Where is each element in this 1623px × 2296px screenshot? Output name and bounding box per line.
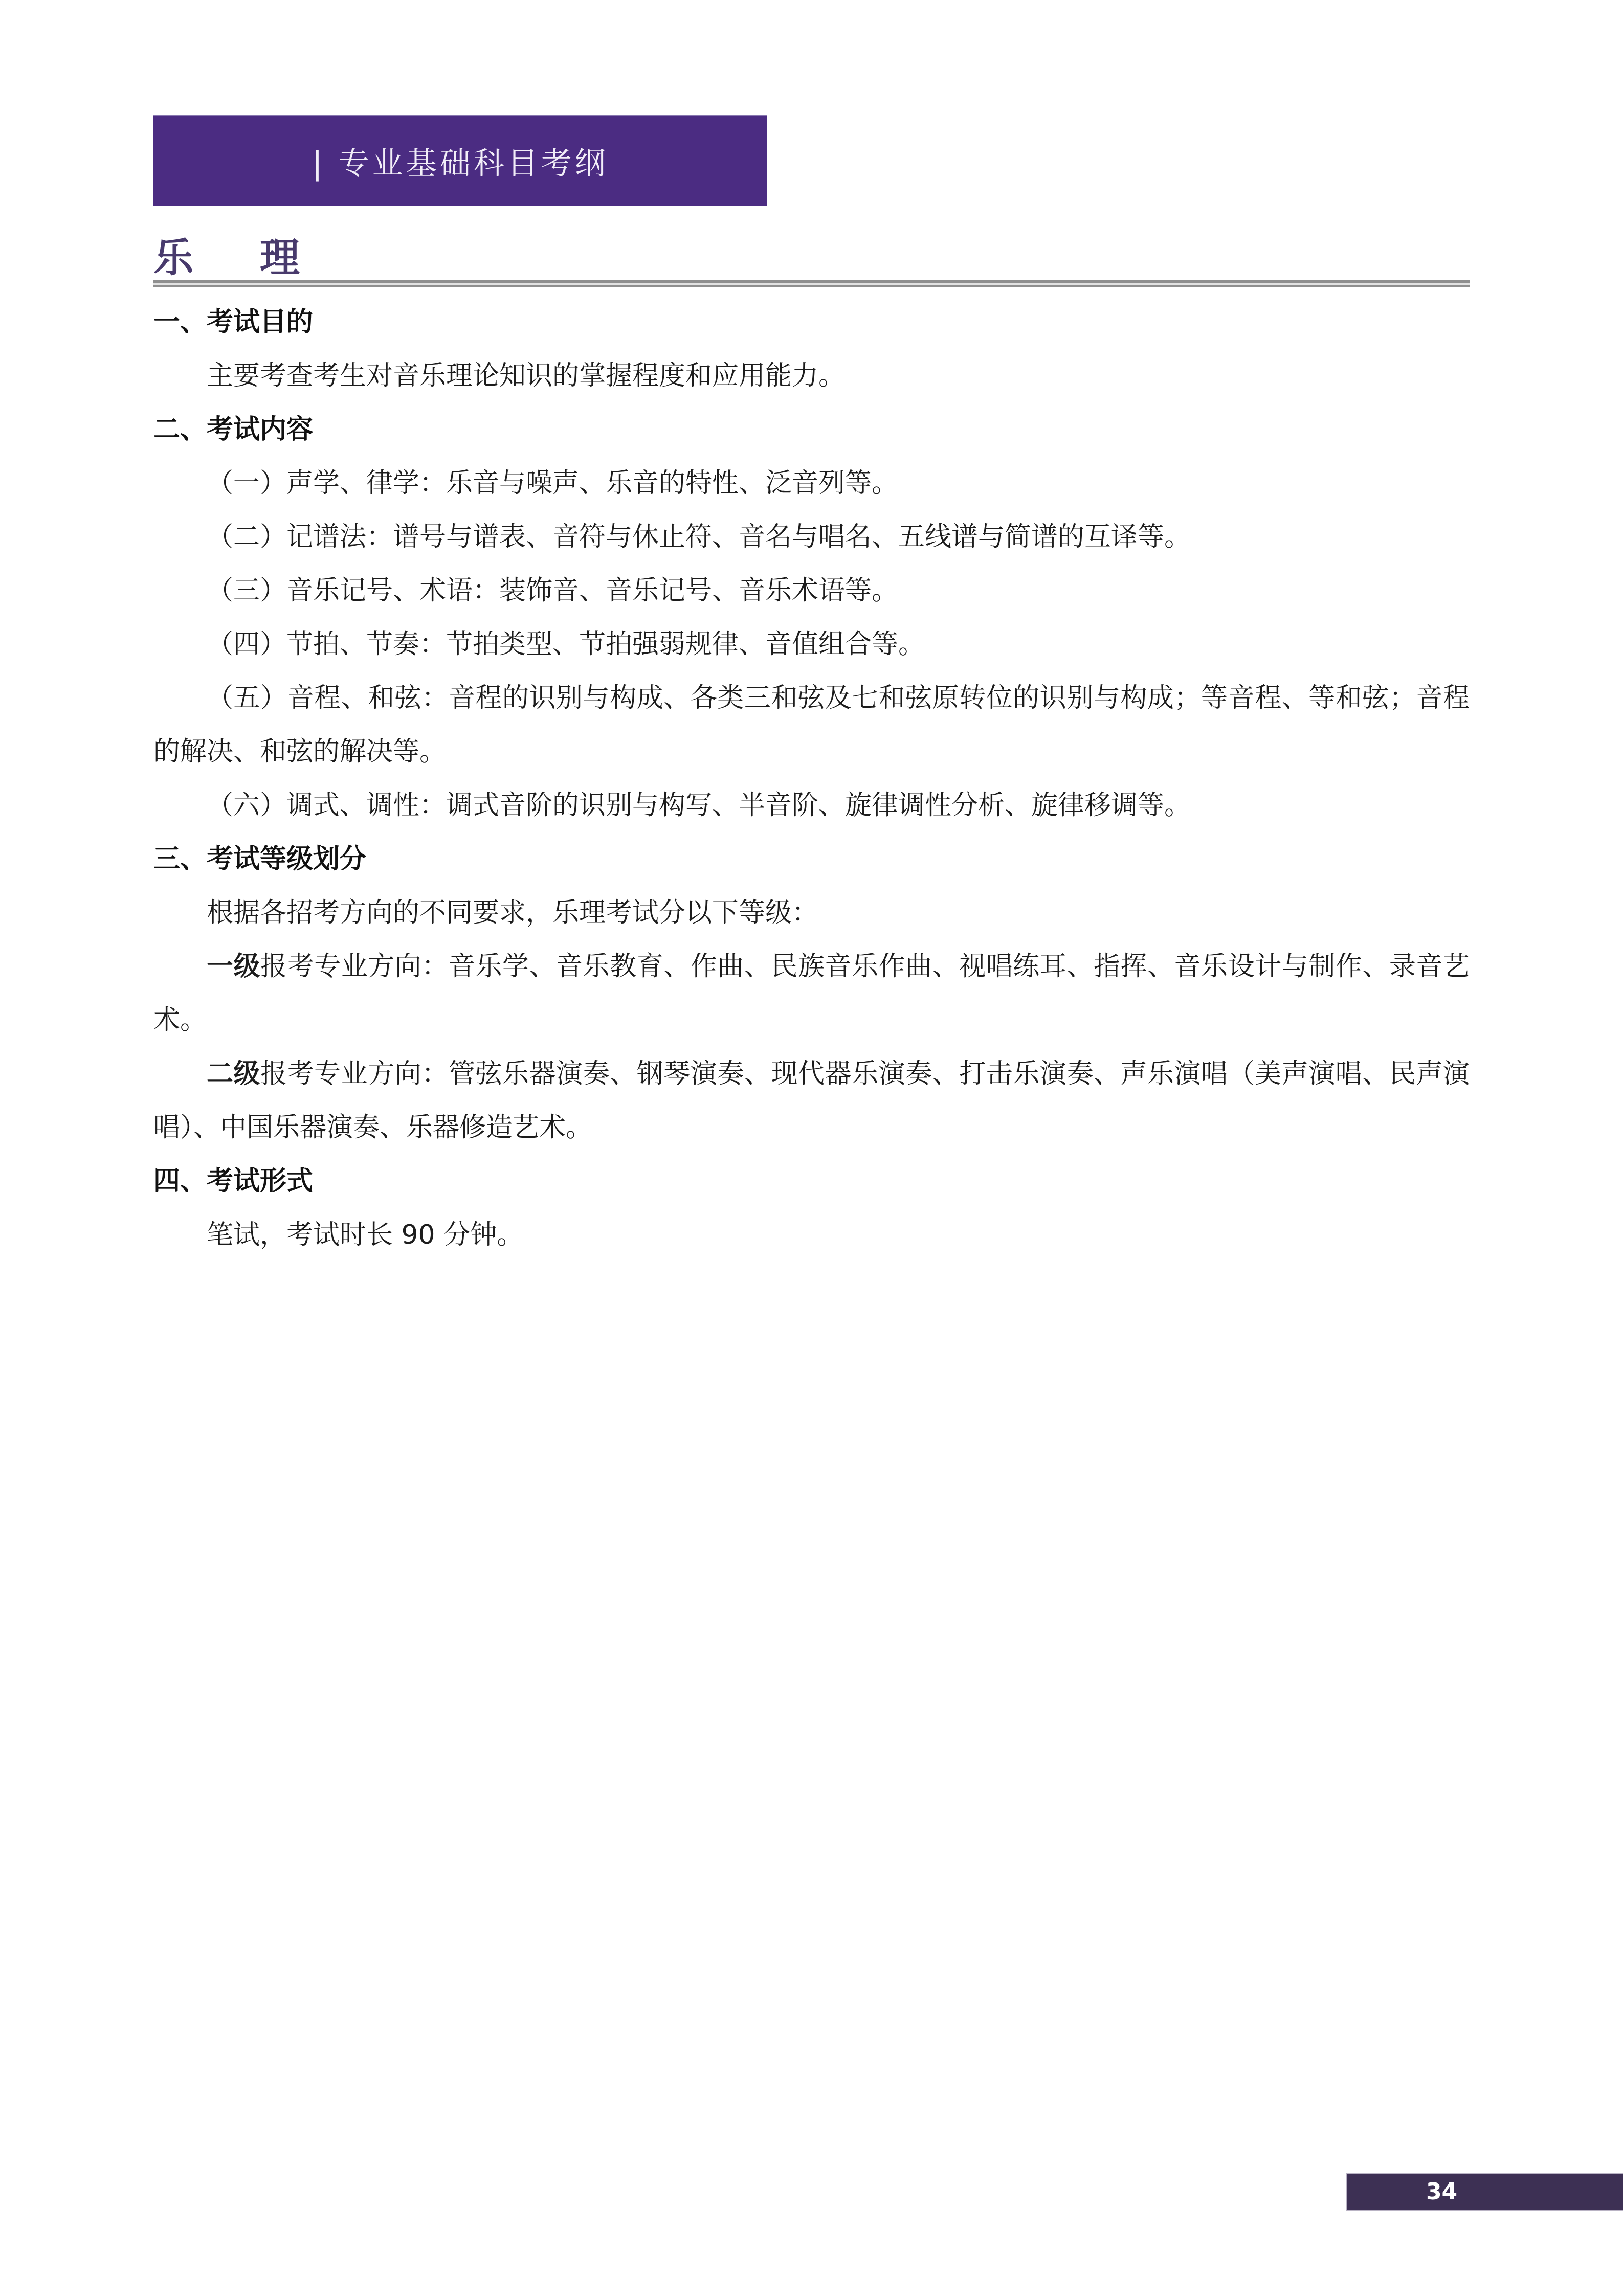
level-1-label: 一级 <box>207 951 260 982</box>
level-1-majors: 报考专业方向：音乐学、音乐教育、作曲、民族音乐作曲、视唱练耳、指挥、音乐设计与制… <box>153 951 1470 1036</box>
level-2-majors: 报考专业方向：管弦乐器演奏、钢琴演奏、现代器乐演奏、打击乐演奏、声乐演唱（美声演… <box>153 1059 1470 1143</box>
paragraph-content-item-2: （二）记谱法：谱号与谱表、音符与休止符、音名与唱名、五线谱与简谱的互译等。 <box>153 510 1470 564</box>
paragraph-content-item-4: （四）节拍、节奏：节拍类型、节拍强弱规律、音值组合等。 <box>153 618 1470 671</box>
paragraph-exam-purpose: 主要考查考生对音乐理论知识的掌握程度和应用能力。 <box>153 349 1470 403</box>
paragraph-level-2: 二级报考专业方向：管弦乐器演奏、钢琴演奏、现代器乐演奏、打击乐演奏、声乐演唱（美… <box>153 1047 1470 1155</box>
page-number-badge: 34 <box>1346 2173 1623 2211</box>
section-heading-exam-format: 四、考试形式 <box>153 1155 1470 1208</box>
document-body: 一、考试目的 主要考查考生对音乐理论知识的掌握程度和应用能力。 二、考试内容 （… <box>153 296 1470 1262</box>
paragraph-content-item-6: （六）调式、调性：调式音阶的识别与构写、半音阶、旋律调性分析、旋律移调等。 <box>153 779 1470 832</box>
paragraph-content-item-3: （三）音乐记号、术语：装饰音、音乐记号、音乐术语等。 <box>153 564 1470 618</box>
paragraph-levels-intro: 根据各招考方向的不同要求，乐理考试分以下等级： <box>153 886 1470 940</box>
paragraph-exam-format: 笔试，考试时长 90 分钟。 <box>153 1208 1470 1262</box>
page-number: 34 <box>1426 2179 1457 2205</box>
title-divider <box>153 280 1470 287</box>
document-page: | 专业基础科目考纲 乐 理 一、考试目的 主要考查考生对音乐理论知识的掌握程度… <box>0 0 1623 2296</box>
level-2-label: 二级 <box>207 1059 260 1089</box>
chapter-banner: | 专业基础科目考纲 <box>153 115 767 206</box>
section-heading-exam-purpose: 一、考试目的 <box>153 296 1470 349</box>
paragraph-level-1: 一级报考专业方向：音乐学、音乐教育、作曲、民族音乐作曲、视唱练耳、指挥、音乐设计… <box>153 940 1470 1047</box>
paragraph-content-item-5: （五）音程、和弦：音程的识别与构成、各类三和弦及七和弦原转位的识别与构成；等音程… <box>153 671 1470 779</box>
page-title: 乐 理 <box>153 226 313 283</box>
section-heading-exam-content: 二、考试内容 <box>153 403 1470 457</box>
paragraph-content-item-1: （一）声学、律学：乐音与噪声、乐音的特性、泛音列等。 <box>153 457 1470 510</box>
section-heading-exam-levels: 三、考试等级划分 <box>153 832 1470 886</box>
chapter-banner-label: | 专业基础科目考纲 <box>312 139 608 183</box>
